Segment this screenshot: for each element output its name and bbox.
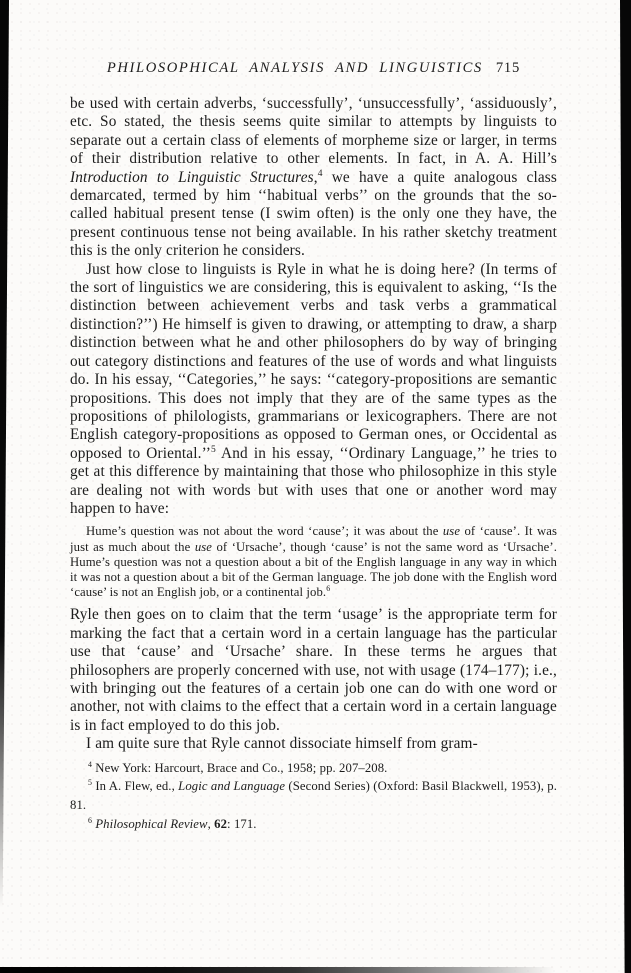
article-body-top: be used with certain adverbs, ‘successfu…: [70, 95, 557, 518]
scan-edge-bottom: [0, 967, 590, 973]
header-title: PHILOSOPHICAL ANALYSIS AND LINGUISTICS: [107, 60, 483, 76]
block-quote: Hume’s question was not about the word ‘…: [70, 524, 557, 600]
header-page-number: 715: [496, 60, 520, 76]
footnote: 4 New York: Harcourt, Brace and Co., 195…: [70, 759, 557, 778]
scan-edge-left: [0, 0, 9, 908]
paragraph: Just how close to linguists is Ryle in w…: [70, 261, 557, 519]
running-header: PHILOSOPHICAL ANALYSIS AND LINGUISTICS71…: [70, 60, 557, 77]
footnotes: 4 New York: Harcourt, Brace and Co., 195…: [70, 759, 557, 834]
paragraph: I am quite sure that Ryle cannot dissoci…: [70, 735, 557, 753]
footnote: 6 Philosophical Review, 62: 171.: [70, 815, 557, 834]
scan-edge-right: [620, 0, 631, 973]
article-body-bottom: Ryle then goes on to claim that the term…: [70, 606, 557, 753]
paragraph: be used with certain adverbs, ‘successfu…: [70, 95, 557, 261]
paragraph: Ryle then goes on to claim that the term…: [70, 606, 557, 735]
footnote: 5 In A. Flew, ed., Logic and Language (S…: [70, 777, 557, 815]
page-column: PHILOSOPHICAL ANALYSIS AND LINGUISTICS71…: [70, 60, 557, 834]
